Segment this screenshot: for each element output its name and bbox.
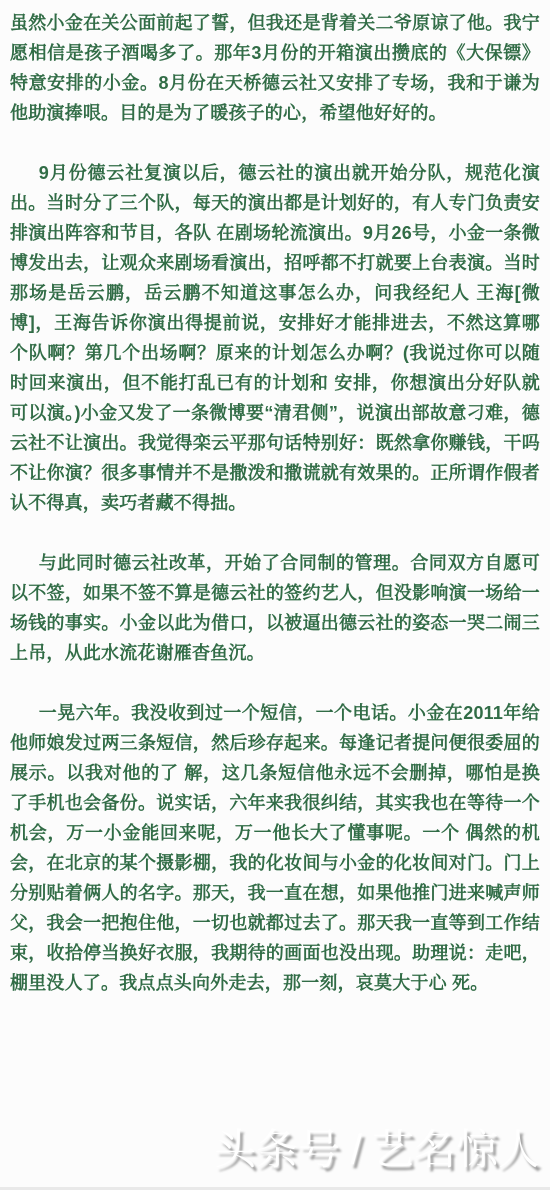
article-paragraph: 与此同时德云社改革，开始了合同制的管理。合同双方自愿可以不签，如果不签不算是德云… [10,548,540,668]
watermark: 头条号/艺名惊人 [214,1126,540,1174]
watermark-platform: 头条号 [214,1126,340,1173]
watermark-author: 艺名惊人 [372,1126,540,1173]
article-page: { "page": { "background_color": "#fcfcfc… [0,0,550,1190]
article-paragraph: 一晃六年。我没收到过一个短信，一个电话。小金在2011年给他师娘发过两三条短信，… [10,698,540,998]
watermark-separator: / [350,1126,362,1173]
article-paragraph: 9月份德云社复演以后，德云社的演出就开始分队，规范化演出。当时分了三个队，每天的… [10,158,540,518]
article-paragraph: 虽然小金在关公面前起了誓，但我还是背着关二爷原谅了他。我宁愿相信是孩子酒喝多了。… [10,8,540,128]
article-body: 虽然小金在关公面前起了誓，但我还是背着关二爷原谅了他。我宁愿相信是孩子酒喝多了。… [0,0,550,998]
